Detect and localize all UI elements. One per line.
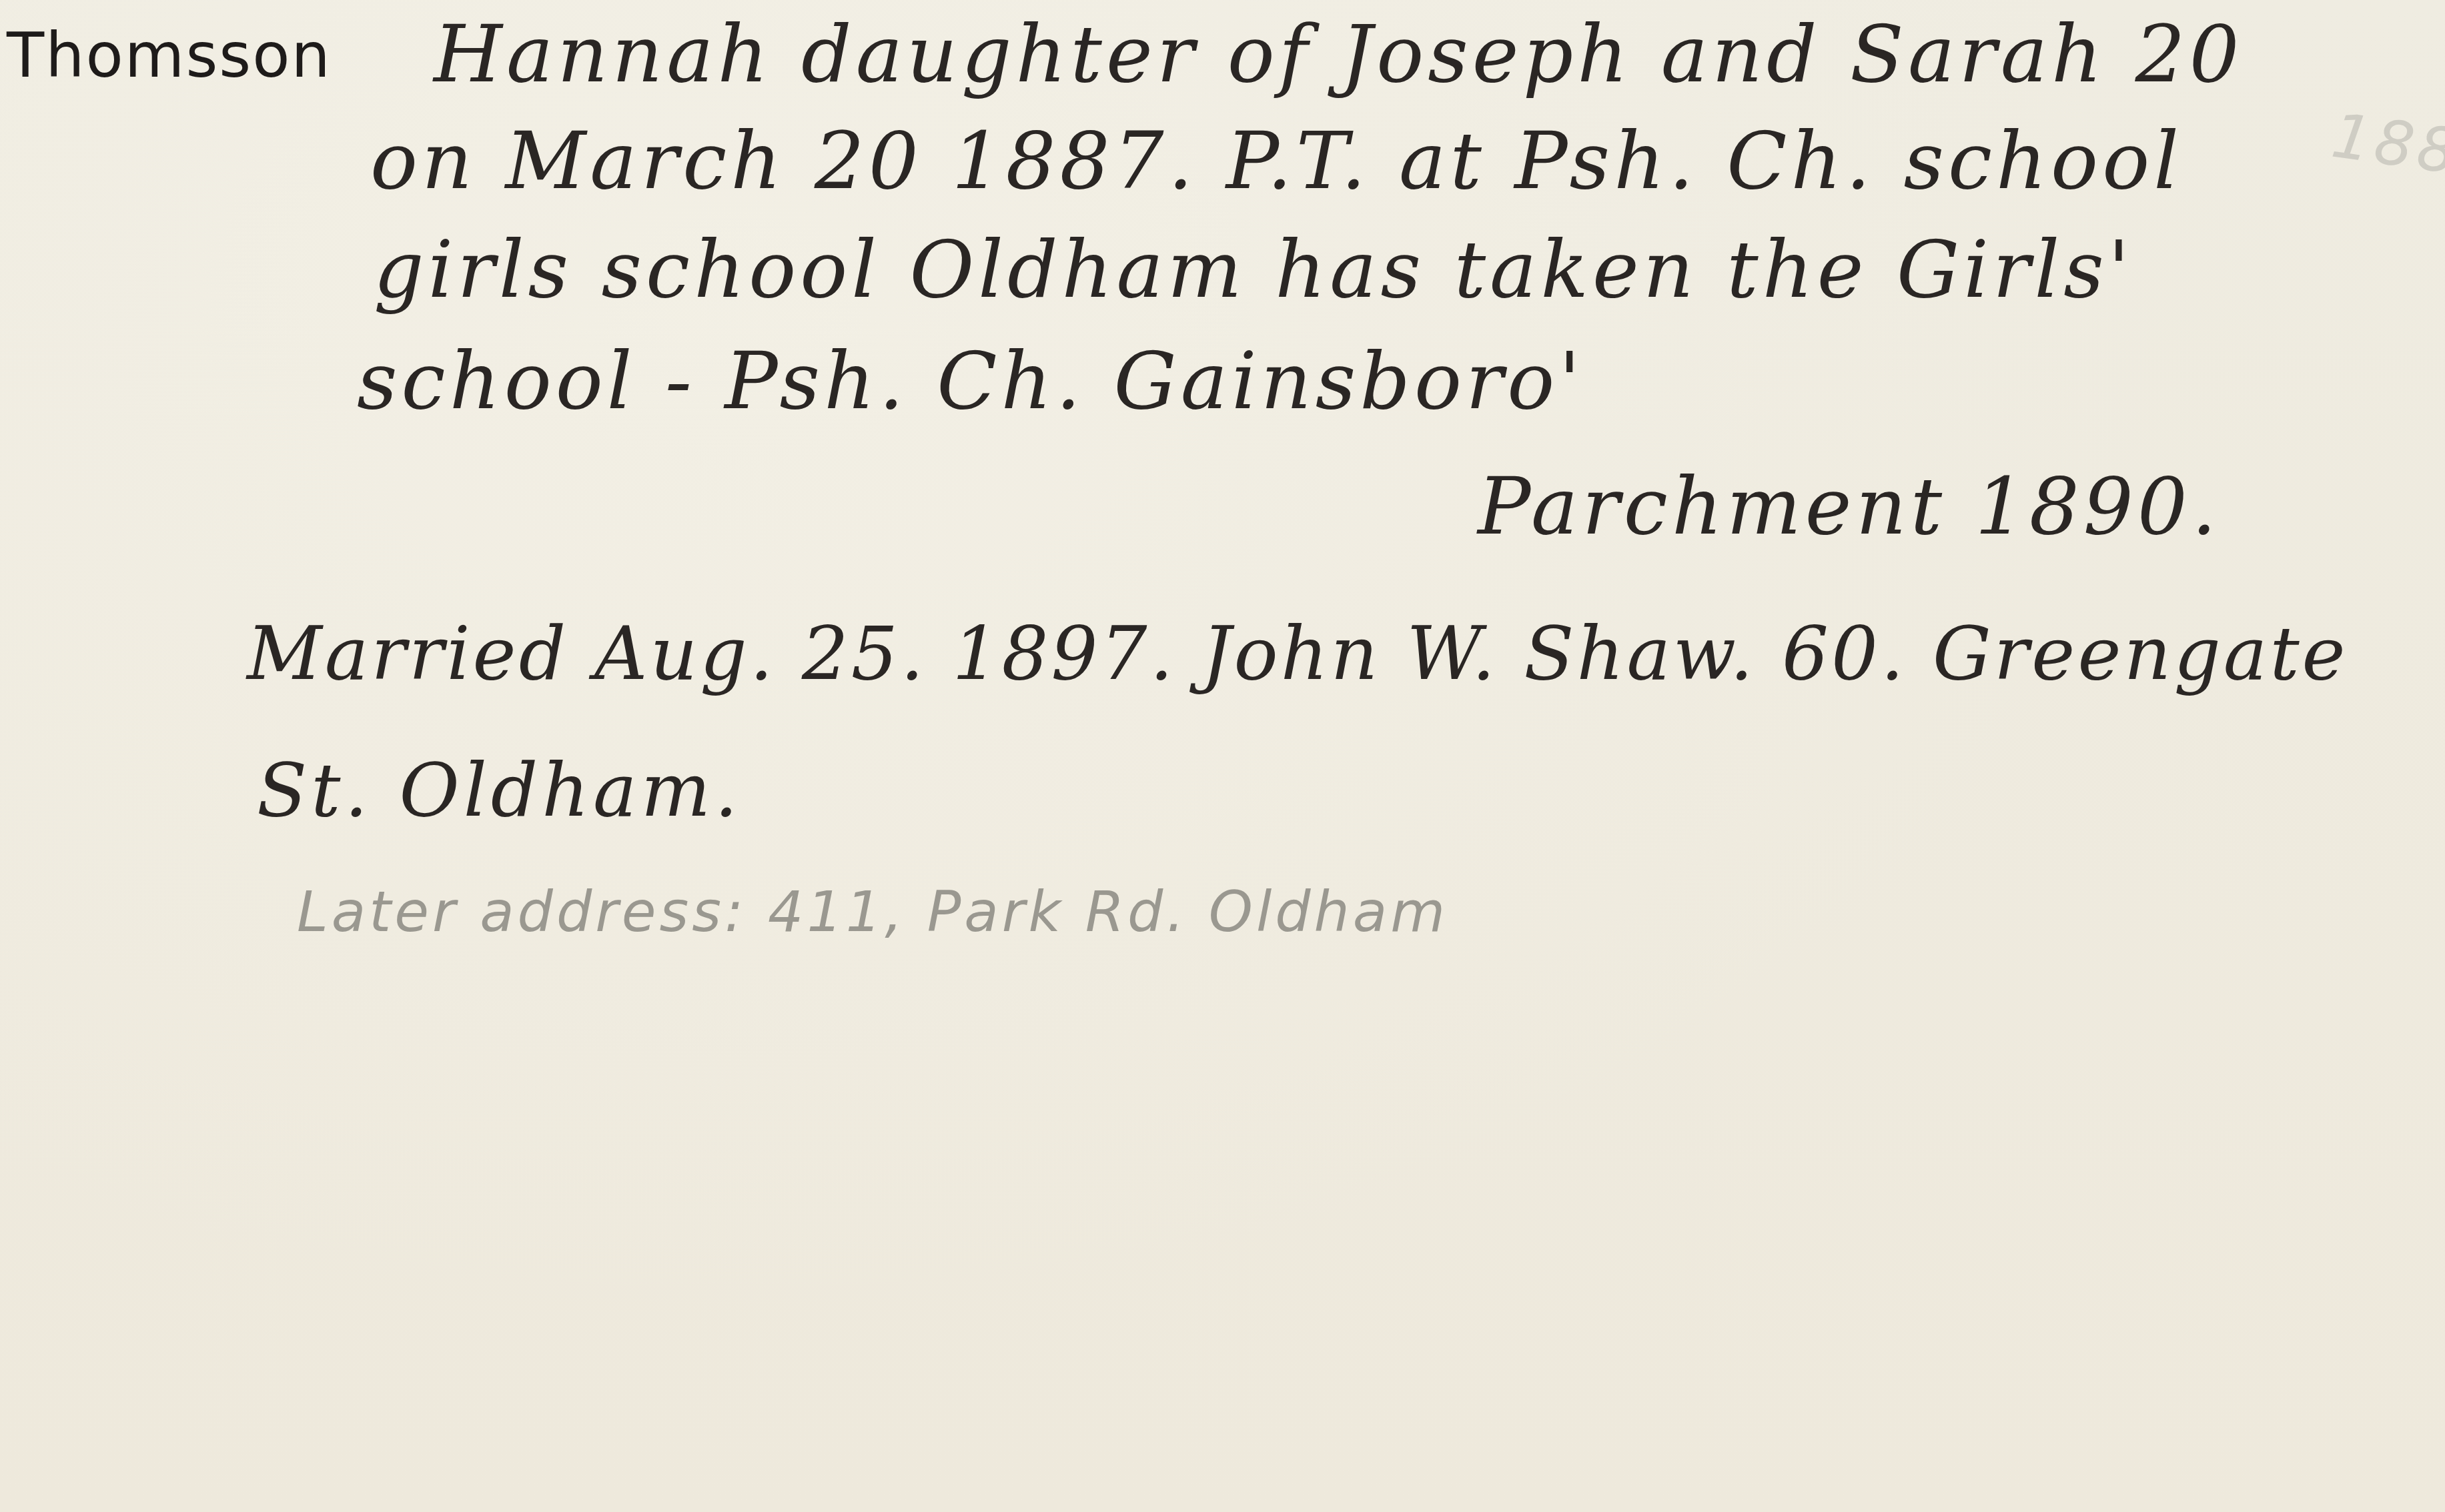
record-card: Thomsson Hannah daughter of Joseph and S… xyxy=(0,0,2445,1512)
marriage-line: Married Aug. 25. 1897. John W. Shaw. 60.… xyxy=(247,617,2348,690)
entry-line-1: Hannah daughter of Joseph and Sarah 20 xyxy=(434,15,2244,93)
surname-heading: Thomsson xyxy=(7,25,332,87)
entry-line-3: girls school Oldham has taken the Girls' xyxy=(374,230,2133,309)
pencil-margin-year: 1887 xyxy=(2328,105,2445,189)
later-address-note: Later address: 411, Park Rd. Oldham xyxy=(297,884,1448,940)
entry-line-4: school - Psh. Ch. Gainsboro' xyxy=(357,341,1584,420)
entry-line-2: on March 20 1887. P.T. at Psh. Ch. schoo… xyxy=(370,121,2183,200)
parchment-line: Parchment 1890. xyxy=(1478,467,2220,546)
marriage-line-cont: St. Oldham. xyxy=(257,754,742,827)
